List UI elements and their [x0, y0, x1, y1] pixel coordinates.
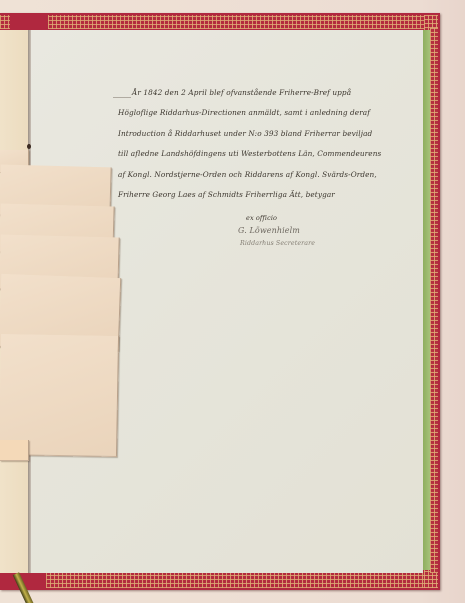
ex-officio-label: ex officio: [246, 214, 277, 222]
text-line-3: Introduction å Riddarhuset under N:o 393…: [118, 129, 372, 138]
text-line-1: År 1842 den 2 April blef ofvanstående Fr…: [132, 88, 351, 97]
attached-tab-6: [0, 334, 119, 457]
greek-key-border-top-left: [0, 15, 10, 29]
attached-tab-7: [0, 440, 29, 461]
text-line-4: till afledne Landshöfdingens uti Westerb…: [118, 149, 381, 158]
greek-key-border-right-inner: [430, 28, 438, 573]
line-rule: [113, 97, 131, 98]
signature: G. Löwenhielm: [238, 226, 300, 235]
text-line-6: Friherre Georg Laes af Schmidts Friherrl…: [118, 190, 335, 199]
greek-key-border-bottom: [46, 573, 438, 588]
green-inner-strip: [423, 30, 430, 570]
greek-key-border-top: [48, 15, 438, 29]
text-line-5: af Kongl. Nordstjerne-Orden och Riddaren…: [118, 170, 377, 179]
binding-hole: [27, 144, 31, 149]
text-line-2: Högloflige Riddarhus-Directionen anmäldt…: [118, 108, 370, 117]
signature-title: Riddarhus Secreterare: [240, 240, 315, 247]
